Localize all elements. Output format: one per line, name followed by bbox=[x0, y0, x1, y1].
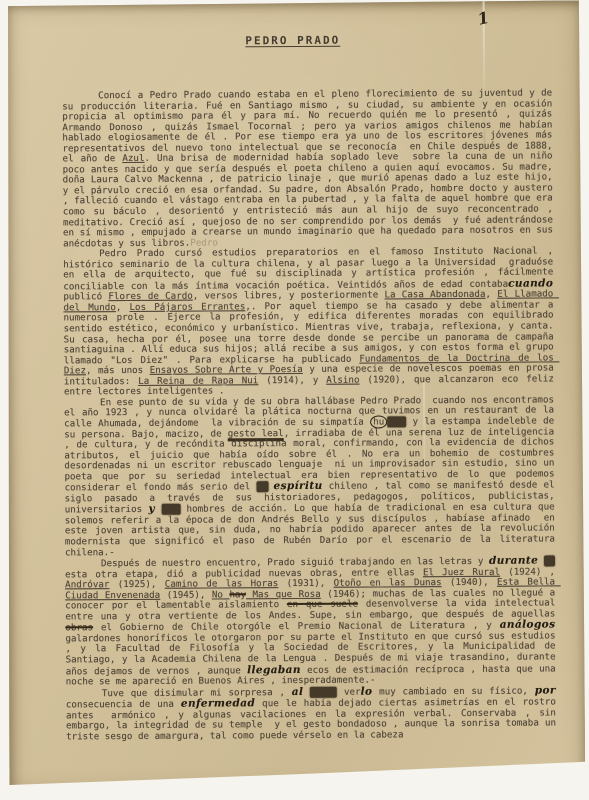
paragraph: En ese punto de su vida y de su obra hal… bbox=[64, 395, 555, 558]
handwritten-annotation: enfermedad bbox=[181, 697, 255, 709]
handwritten-annotation: llegaban bbox=[247, 664, 301, 676]
ink-blot bbox=[310, 686, 337, 697]
text-segment: (1914), y bbox=[258, 375, 326, 386]
underlined-title: No bbox=[212, 589, 230, 600]
underlined-title: Azul bbox=[122, 153, 144, 164]
handwritten-annotation: análogos bbox=[500, 619, 556, 631]
text-segment: muy cambiado en su físico, bbox=[372, 685, 534, 697]
faded-typed-text: Pedro bbox=[190, 237, 218, 248]
handwritten-annotation: espíritu bbox=[269, 480, 323, 492]
text-segment: Pedro Prado cursó estudios preparatorios… bbox=[63, 246, 559, 293]
page-title: PEDRO PRADO bbox=[5, 32, 581, 49]
ink-strikethrough-text: hay bbox=[229, 589, 246, 600]
ink-blot bbox=[256, 481, 268, 492]
ink-blot bbox=[387, 416, 406, 427]
text-segment: . Una brisa de modernidad había soplado … bbox=[63, 151, 564, 249]
handwritten-annotation: por bbox=[535, 684, 556, 696]
paragraph: Después de nuestro encuentro, Prado sigu… bbox=[65, 555, 556, 688]
ink-blot bbox=[161, 504, 180, 515]
handwritten-annotation: al bbox=[292, 686, 304, 698]
underlined-title: Andróvar bbox=[65, 579, 109, 590]
text-segment bbox=[155, 504, 161, 515]
paragraph: Conocí a Pedro Prado cuando estaba en el… bbox=[62, 88, 553, 249]
document-body: Conocí a Pedro Prado cuando estaba en el… bbox=[62, 88, 556, 742]
underlined-title: Alsino bbox=[326, 374, 359, 385]
paragraph: Tuve que disimular mi sorpresa , al verl… bbox=[66, 685, 556, 743]
paragraph: Pedro Prado cursó estudios preparatorios… bbox=[63, 247, 554, 399]
handwritten-annotation: lo bbox=[361, 685, 373, 697]
text-segment: ver bbox=[337, 686, 360, 697]
ink-strikethrough-text: obras bbox=[65, 623, 93, 634]
handwritten-annotation: durante bbox=[489, 555, 538, 567]
scanned-typewritten-page: 1 PEDRO PRADO Conocí a Pedro Prado cuand… bbox=[5, 0, 586, 794]
ink-blot bbox=[544, 555, 555, 566]
page-number: 1 bbox=[476, 8, 491, 29]
text-segment: , bbox=[485, 289, 497, 300]
